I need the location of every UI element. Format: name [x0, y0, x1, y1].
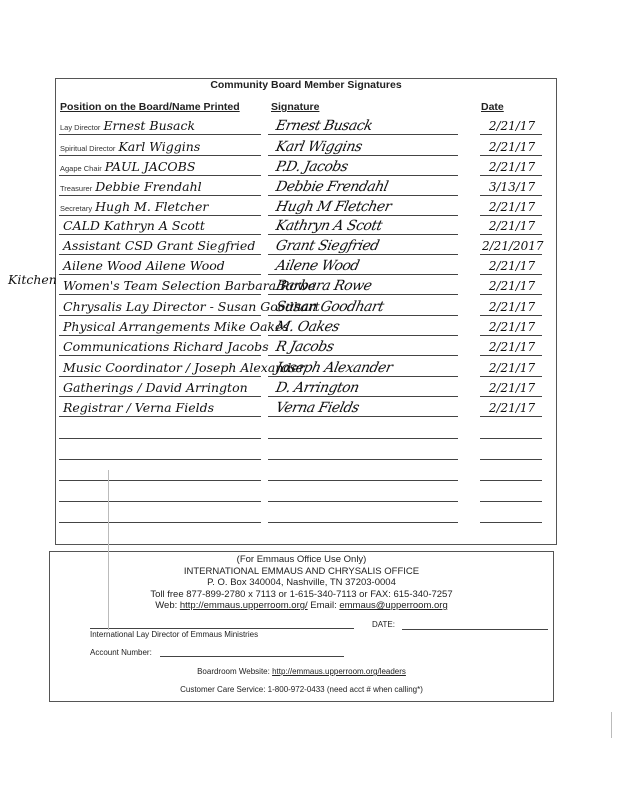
office-use-only: (For Emmaus Office Use Only): [50, 554, 553, 566]
position-printed-label: Secretary: [60, 204, 92, 213]
position-name: Assistant CSD Grant Siegfried: [63, 238, 255, 253]
signature-field[interactable]: Ernest Busack: [274, 118, 374, 134]
signer-line: [90, 628, 354, 629]
position-printed-label: Spiritual Director: [60, 144, 115, 153]
signature-row: Gatherings / David ArringtonD. Arrington…: [56, 377, 556, 397]
position-printed-label: Lay Director: [60, 123, 100, 132]
date-field[interactable]: 3/13/17: [482, 180, 542, 194]
boardroom-line: Boardroom Website: http://emmaus.upperro…: [50, 667, 553, 676]
date-line: [480, 416, 542, 417]
position-name: Ailene Wood Ailene Wood: [63, 258, 225, 273]
signature-row: Lay DirectorErnest BusackErnest Busack2/…: [56, 115, 556, 135]
position-name-field[interactable]: [60, 485, 63, 500]
signature-row: [56, 440, 556, 460]
date-field[interactable]: 2/21/17: [482, 361, 542, 375]
header-signature: Signature: [271, 101, 319, 113]
header-date: Date: [481, 101, 504, 113]
date-line: [480, 480, 542, 481]
signature-field[interactable]: P.D. Jacobs: [274, 159, 349, 175]
scan-artifact-line: [108, 470, 109, 630]
signature-row: Music Coordinator / Joseph AlexanderJose…: [56, 357, 556, 377]
position-line: [59, 416, 261, 417]
signature-row: TreasurerDebbie FrendahlDebbie Frendahl3…: [56, 176, 556, 196]
signer-label: International Lay Director of Emmaus Min…: [90, 630, 258, 639]
signature-row: SecretaryHugh M. FletcherHugh M Fletcher…: [56, 196, 556, 216]
date-field[interactable]: 2/21/17: [482, 320, 542, 334]
signature-row: [56, 461, 556, 481]
account-line[interactable]: [160, 656, 344, 657]
header-position: Position on the Board/Name Printed: [60, 101, 240, 113]
scan-artifact-mark: [611, 712, 612, 738]
signature-row: Physical Arrangements Mike OakesM. Oakes…: [56, 316, 556, 336]
date-line: [480, 501, 542, 502]
position-line: [59, 438, 261, 439]
date-field[interactable]: 2/21/17: [482, 381, 542, 395]
position-name-field[interactable]: Gatherings / David Arrington: [60, 380, 248, 395]
date-line: [480, 294, 542, 295]
position-line: [59, 134, 261, 135]
email-label: Email:: [308, 600, 340, 611]
boardroom-link[interactable]: http://emmaus.upperroom.org/leaders: [272, 667, 406, 676]
boardroom-label: Boardroom Website:: [197, 667, 272, 676]
position-name-field[interactable]: CALD Kathryn A Scott: [60, 218, 205, 233]
position-name: Physical Arrangements Mike Oakes: [63, 319, 289, 334]
position-name-field[interactable]: Music Coordinator / Joseph Alexander: [60, 360, 305, 375]
position-name-field[interactable]: Agape ChairPAUL JACOBS: [60, 159, 195, 174]
signature-field[interactable]: Ailene Wood: [274, 258, 360, 274]
office-header: (For Emmaus Office Use Only) INTERNATION…: [50, 554, 553, 612]
office-org-name: INTERNATIONAL EMMAUS AND CHRYSALIS OFFIC…: [50, 566, 553, 578]
signature-row: Assistant CSD Grant SiegfriedGrant Siegf…: [56, 235, 556, 255]
position-name: Hugh M. Fletcher: [95, 199, 208, 214]
position-line: [59, 294, 261, 295]
date-field[interactable]: 2/21/17: [482, 259, 542, 273]
position-name: Ernest Busack: [103, 118, 195, 133]
signature-line: [268, 480, 458, 481]
signature-field[interactable]: Karl Wiggins: [274, 139, 363, 155]
signature-field[interactable]: M. Oakes: [274, 319, 340, 335]
position-line: [59, 480, 261, 481]
web-label: Web:: [155, 600, 180, 611]
signature-field[interactable]: Joseph Alexander: [274, 360, 393, 376]
position-name-field[interactable]: Communications Richard Jacobs: [60, 339, 269, 354]
date-line: [480, 438, 542, 439]
date-line: [480, 134, 542, 135]
position-name: PAUL JACOBS: [105, 159, 196, 174]
office-web-line: Web: http://emmaus.upperroom.org/ Email:…: [50, 600, 553, 612]
signature-field[interactable]: Verna Fields: [274, 400, 360, 416]
signature-form-box: Community Board Member Signatures Positi…: [55, 78, 557, 545]
date-field[interactable]: 2/21/17: [482, 119, 542, 133]
signature-row: Ailene Wood Ailene WoodAilene Wood2/21/1…: [56, 255, 556, 275]
position-name-field[interactable]: Assistant CSD Grant Siegfried: [60, 238, 255, 253]
position-printed-label: Agape Chair: [60, 164, 102, 173]
position-name-field[interactable]: [60, 464, 63, 479]
date-line[interactable]: [402, 629, 548, 630]
position-line: [59, 501, 261, 502]
signature-line: [268, 459, 458, 460]
position-name: Music Coordinator / Joseph Alexander: [63, 360, 305, 375]
position-name: Communications Richard Jacobs: [63, 339, 269, 354]
office-use-box: (For Emmaus Office Use Only) INTERNATION…: [49, 551, 554, 702]
position-name-field[interactable]: [60, 443, 63, 458]
position-name: Gatherings / David Arrington: [63, 380, 248, 395]
position-printed-label: Treasurer: [60, 184, 92, 193]
date-field[interactable]: 2/21/17: [482, 340, 542, 354]
signature-row: Agape ChairPAUL JACOBSP.D. Jacobs2/21/17: [56, 156, 556, 176]
signature-row: [56, 419, 556, 439]
position-name: Karl Wiggins: [118, 139, 200, 154]
date-field[interactable]: 2/21/17: [482, 160, 542, 174]
date-field[interactable]: 2/21/17: [482, 200, 542, 214]
signature-line: [268, 134, 458, 135]
signature-row: Registrar / Verna FieldsVerna Fields2/21…: [56, 397, 556, 417]
margin-note: Kitchen: [8, 272, 57, 287]
position-line: [59, 522, 261, 523]
position-name: Registrar / Verna Fields: [63, 400, 214, 415]
customer-care: Customer Care Service: 1-800-972-0433 (n…: [50, 685, 553, 694]
date-field[interactable]: 2/21/2017: [482, 239, 542, 253]
date-field[interactable]: 2/21/17: [482, 219, 542, 233]
signature-row: Chrysalis Lay Director - Susan GoodhartS…: [56, 296, 556, 316]
date-label: DATE:: [372, 620, 395, 629]
position-name-field[interactable]: SecretaryHugh M. Fletcher: [60, 199, 208, 214]
date-line: [480, 459, 542, 460]
office-address: P. O. Box 340004, Nashville, TN 37203-00…: [50, 577, 553, 589]
date-field[interactable]: 2/21/17: [482, 401, 542, 415]
position-name-field[interactable]: Physical Arrangements Mike Oakes: [60, 319, 289, 334]
signature-field[interactable]: Debbie Frendahl: [274, 179, 389, 195]
signature-row: Communications Richard JacobsR Jacobs2/2…: [56, 336, 556, 356]
date-field[interactable]: 2/21/17: [482, 279, 542, 293]
signature-row: [56, 482, 556, 502]
position-name: CALD Kathryn A Scott: [63, 218, 205, 233]
signature-line: [268, 355, 458, 356]
position-name-field[interactable]: [60, 506, 63, 521]
position-line: [59, 355, 261, 356]
position-name: Debbie Frendahl: [95, 179, 201, 194]
position-name-field[interactable]: Spiritual DirectorKarl Wiggins: [60, 139, 200, 154]
web-link[interactable]: http://emmaus.upperroom.org/: [180, 600, 308, 611]
date-line: [480, 355, 542, 356]
email-link[interactable]: emmaus@upperroom.org: [339, 600, 447, 611]
date-field[interactable]: 2/21/17: [482, 140, 542, 154]
position-name-field[interactable]: Ailene Wood Ailene Wood: [60, 258, 225, 273]
signature-field[interactable]: R Jacobs: [274, 339, 335, 355]
signature-line: [268, 522, 458, 523]
position-line: [59, 459, 261, 460]
position-name-field[interactable]: Registrar / Verna Fields: [60, 400, 214, 415]
signature-line: [268, 416, 458, 417]
position-name-field[interactable]: TreasurerDebbie Frendahl: [60, 179, 202, 194]
signature-field[interactable]: D. Arrington: [274, 380, 360, 396]
signature-field[interactable]: Grant Siegfried: [274, 238, 380, 254]
signature-field[interactable]: Barbara Rowe: [274, 278, 373, 294]
signature-row: [56, 503, 556, 523]
office-phones: Toll free 877-899-2780 x 7113 or 1-615-3…: [50, 589, 553, 601]
signature-row: CALD Kathryn A ScottKathryn A Scott2/21/…: [56, 215, 556, 235]
signature-line: [268, 438, 458, 439]
signature-line: [268, 294, 458, 295]
signature-row: Spiritual DirectorKarl WigginsKarl Wiggi…: [56, 136, 556, 156]
form-title: Community Board Member Signatures: [56, 79, 556, 91]
signature-field[interactable]: Kathryn A Scott: [274, 218, 383, 234]
date-field[interactable]: 2/21/17: [482, 300, 542, 314]
date-line: [480, 522, 542, 523]
signature-row: Women's Team Selection Barbara RoweBarba…: [56, 275, 556, 295]
signature-line: [268, 501, 458, 502]
signature-field[interactable]: Susan Goodhart: [274, 299, 385, 315]
position-name-field[interactable]: Lay DirectorErnest Busack: [60, 118, 195, 133]
signature-field[interactable]: Hugh M Fletcher: [274, 199, 392, 215]
account-label: Account Number:: [90, 648, 152, 657]
position-name-field[interactable]: [60, 422, 63, 437]
